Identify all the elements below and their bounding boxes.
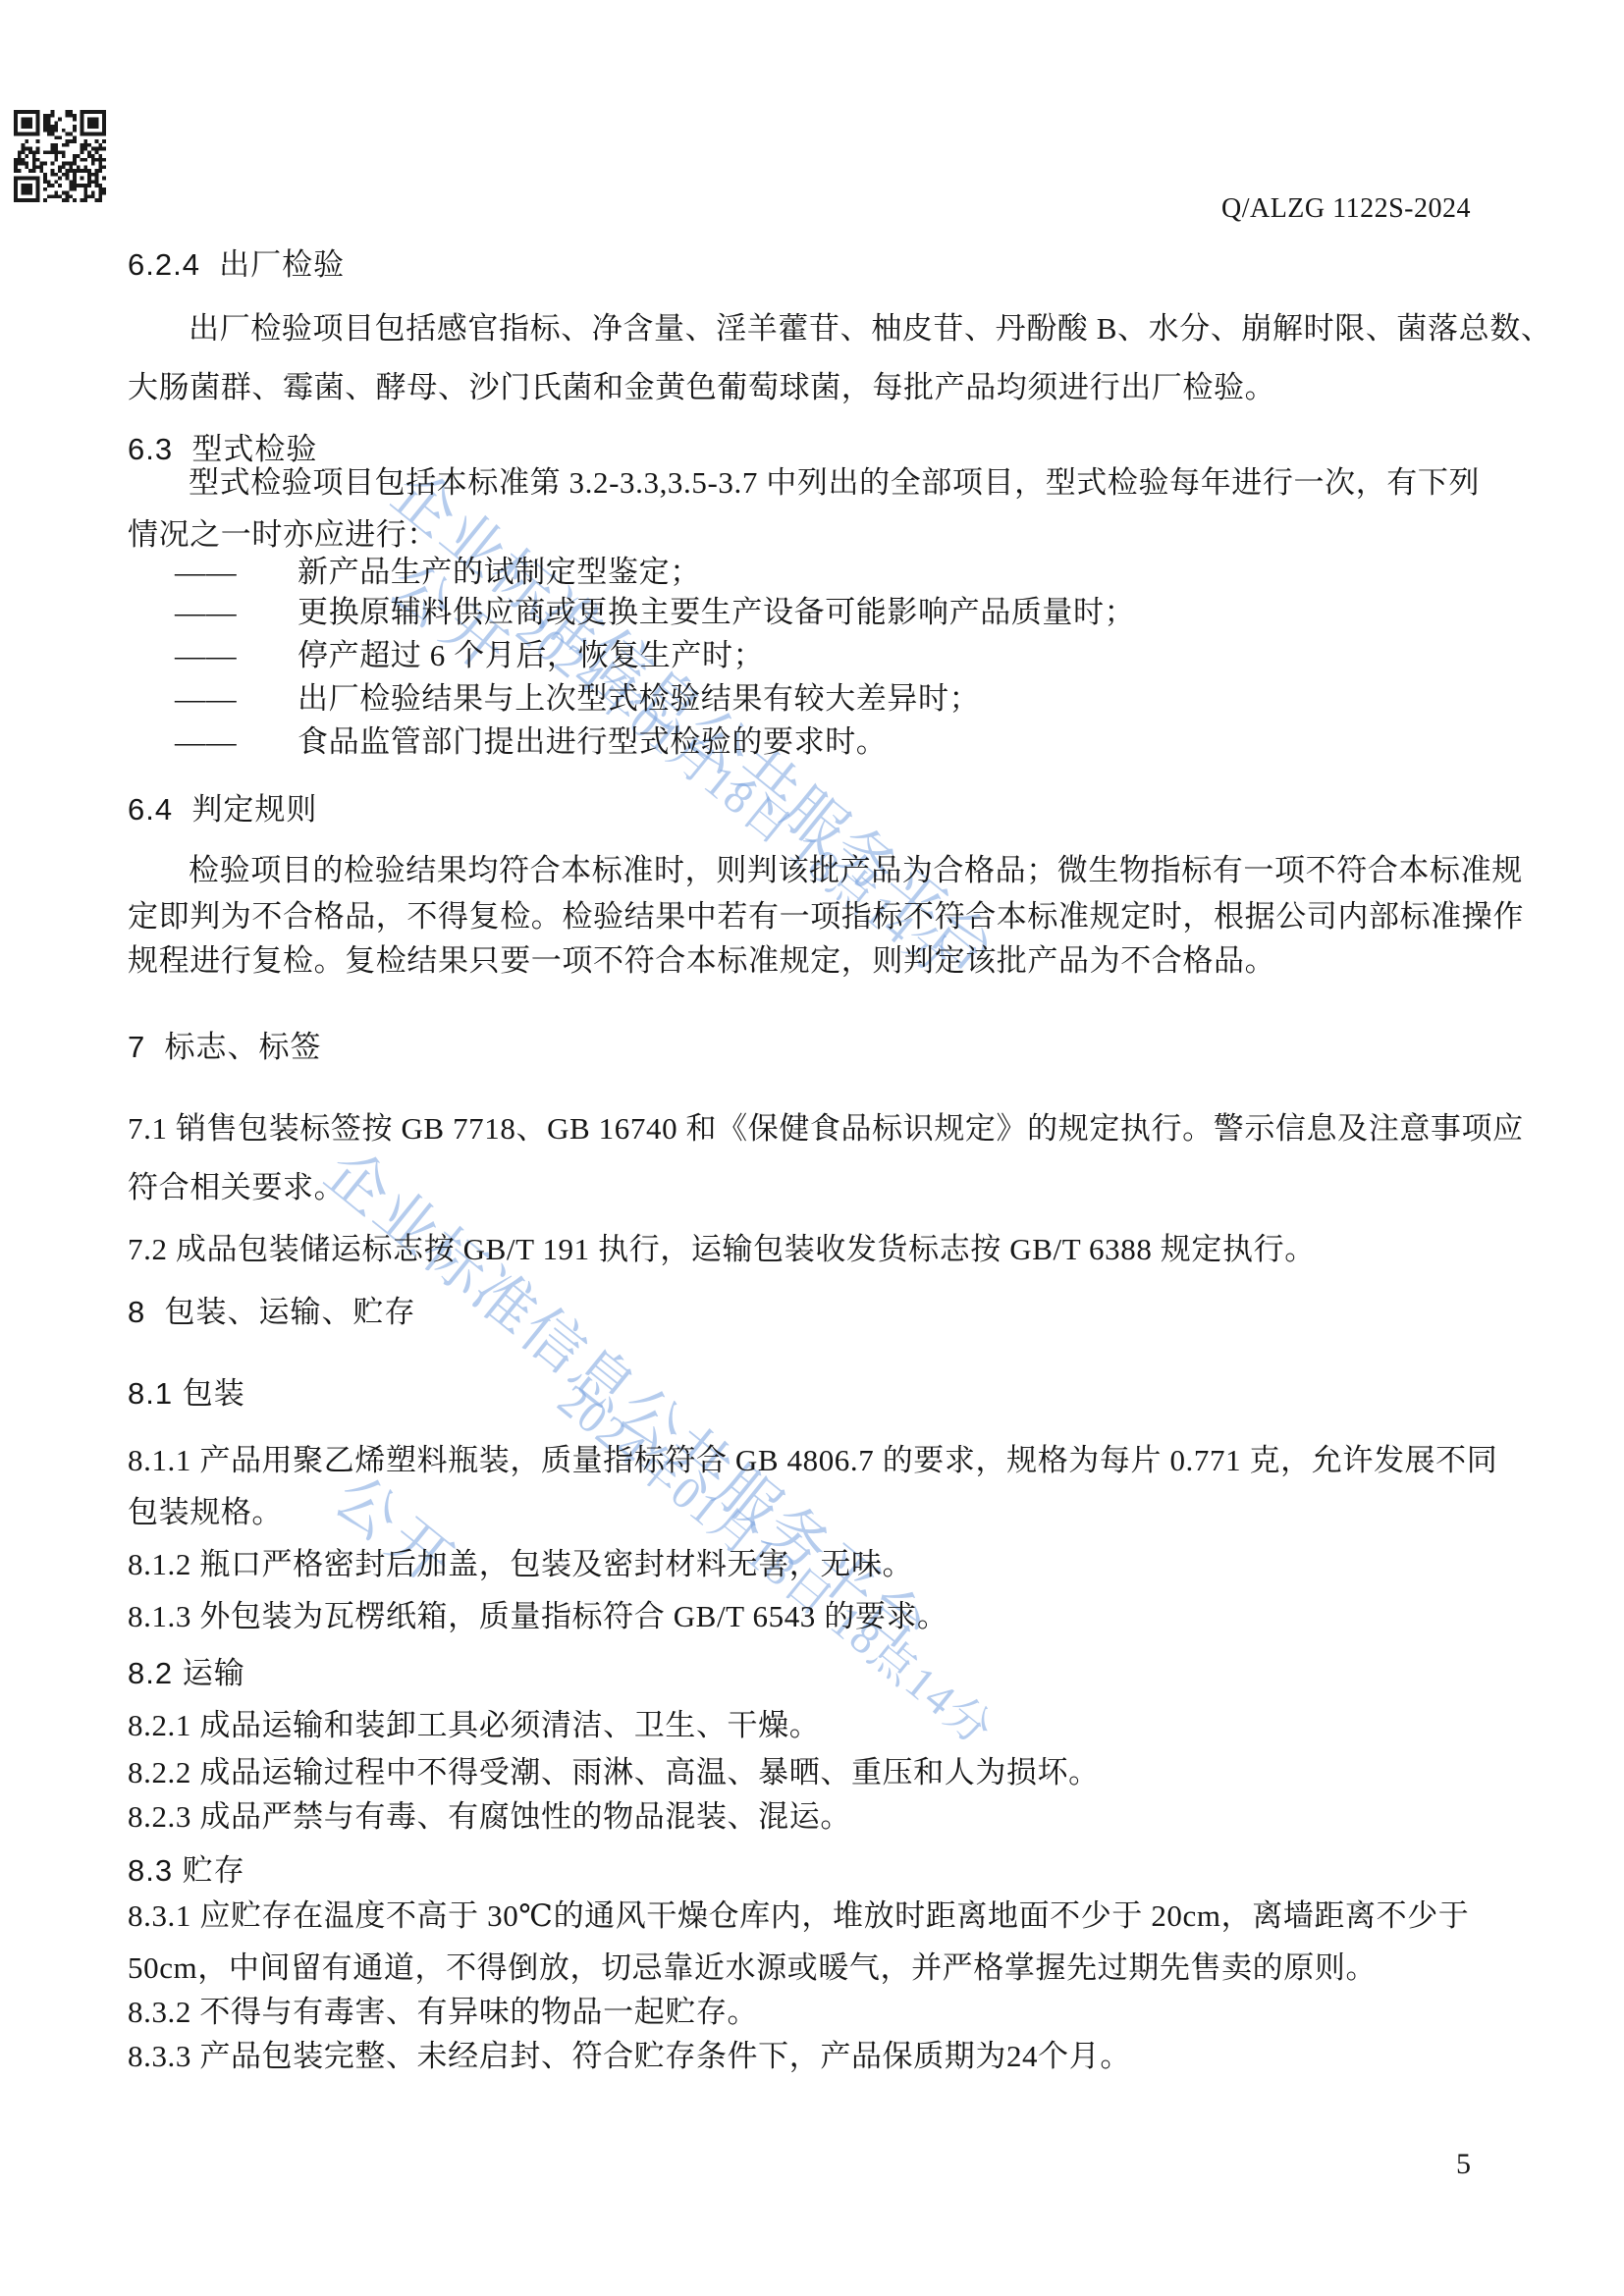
paragraph-line: 8.1.1 产品用聚乙烯塑料瓶装，质量指标符合 GB 4806.7 的要求，规格…: [128, 1441, 1497, 1480]
paragraph-line: 8.3.3 产品包装完整、未经启封、符合贮存条件下，产品保质期为24个月。: [128, 2037, 1131, 2076]
heading-8-2: 8.2 运输: [128, 1654, 245, 1693]
qr-code: [14, 110, 106, 202]
list-dash: ——: [175, 593, 298, 632]
paragraph-line: 大肠菌群、霉菌、酵母、沙门氏菌和金黄色葡萄球菌，每批产品均须进行出厂检验。: [128, 368, 1275, 407]
paragraph-line: 定即判为不合格品，不得复检。检验结果中若有一项指标不符合本标准规定时，根据公司内…: [128, 897, 1524, 936]
list-item-text: 更换原辅料供应商或更换主要生产设备可能影响产品质量时；: [298, 595, 1135, 629]
paragraph-line: 检验项目的检验结果均符合本标准时，则判该批产品为合格品；微生物指标有一项不符合本…: [189, 851, 1523, 890]
heading-8-1: 8.1 包装: [128, 1374, 245, 1414]
paragraph-line: 8.3.1 应贮存在温度不高于 30℃的通风干燥仓库内，堆放时距离地面不少于 2…: [128, 1896, 1469, 1936]
list-item-text: 食品监管部门提出进行型式检验的要求时。: [298, 724, 887, 759]
heading-8: 8 包装、运输、贮存: [128, 1293, 415, 1332]
paragraph-line: 8.2.2 成品运输过程中不得受潮、雨淋、高温、暴晒、重压和人为损坏。: [128, 1753, 1100, 1792]
paragraph-line: 规程进行复检。复检结果只要一项不符合本标准规定，则判定该批产品为不合格品。: [128, 941, 1275, 981]
heading-6-4: 6.4 判定规则: [128, 790, 317, 829]
list-item: ——食品监管部门提出进行型式检验的要求时。: [175, 722, 887, 762]
list-dash: ——: [175, 722, 298, 762]
list-item-text: 出厂检验结果与上次型式检验结果有较大差异时；: [298, 681, 980, 716]
list-dash: ——: [175, 636, 298, 675]
list-item: ——新产品生产的试制定型鉴定；: [175, 553, 701, 592]
heading-6-2-4: 6.2.4 出厂检验: [128, 245, 345, 285]
paragraph-line: 8.1.2 瓶口严格密封后加盖，包装及密封材料无害，无味。: [128, 1545, 913, 1584]
list-item-text: 新产品生产的试制定型鉴定；: [298, 555, 701, 589]
heading-8-3: 8.3 贮存: [128, 1851, 245, 1891]
paragraph-line: 8.1.3 外包装为瓦楞纸箱，质量指标符合 GB/T 6543 的要求。: [128, 1597, 948, 1636]
paragraph-line: 8.2.3 成品严禁与有毒、有腐蚀性的物品混装、混运。: [128, 1797, 851, 1837]
paragraph-line: 型式检验项目包括本标准第 3.2-3.3,3.5-3.7 中列出的全部项目，型式…: [189, 463, 1480, 503]
document-page: 企业标准信息公共服务平台 公开 2024年01月18日 18点14分 企业标准信…: [0, 0, 1624, 2296]
list-dash: ——: [175, 553, 298, 592]
page-number: 5: [1456, 2148, 1471, 2181]
paragraph-line: 符合相关要求。: [128, 1168, 345, 1207]
paragraph-line: 出厂检验项目包括感官指标、净含量、淫羊藿苷、柚皮苷、丹酚酸 B、水分、崩解时限、…: [189, 309, 1551, 348]
list-dash: ——: [175, 679, 298, 719]
list-item: ——停产超过 6 个月后，恢复生产时；: [175, 636, 764, 675]
paragraph-line: 7.1 销售包装标签按 GB 7718、GB 16740 和《保健食品标识规定》…: [128, 1109, 1524, 1148]
list-item-text: 停产超过 6 个月后，恢复生产时；: [298, 638, 764, 672]
watermark-platform-text: 企业标准信息公共服务平台: [310, 1125, 951, 1667]
paragraph-line: 7.2 成品包装储运标志按 GB/T 191 执行，运输包装收发货标志按 GB/…: [128, 1230, 1316, 1269]
paragraph-line: 50cm，中间留有通道，不得倒放，切忌靠近水源或暖气，并严格掌握先过期先售卖的原…: [128, 1949, 1377, 1988]
paragraph-line: 情况之一时亦应进行：: [128, 515, 438, 555]
standard-number-header: Q/ALZG 1122S-2024: [1221, 193, 1471, 225]
list-item: ——出厂检验结果与上次型式检验结果有较大差异时；: [175, 679, 980, 719]
paragraph-line: 包装规格。: [128, 1493, 283, 1532]
heading-7: 7 标志、标签: [128, 1028, 321, 1067]
paragraph-line: 8.3.2 不得与有毒害、有异味的物品一起贮存。: [128, 1993, 758, 2032]
paragraph-line: 8.2.1 成品运输和装卸工具必须清洁、卫生、干燥。: [128, 1706, 820, 1745]
list-item: ——更换原辅料供应商或更换主要生产设备可能影响产品质量时；: [175, 593, 1135, 632]
